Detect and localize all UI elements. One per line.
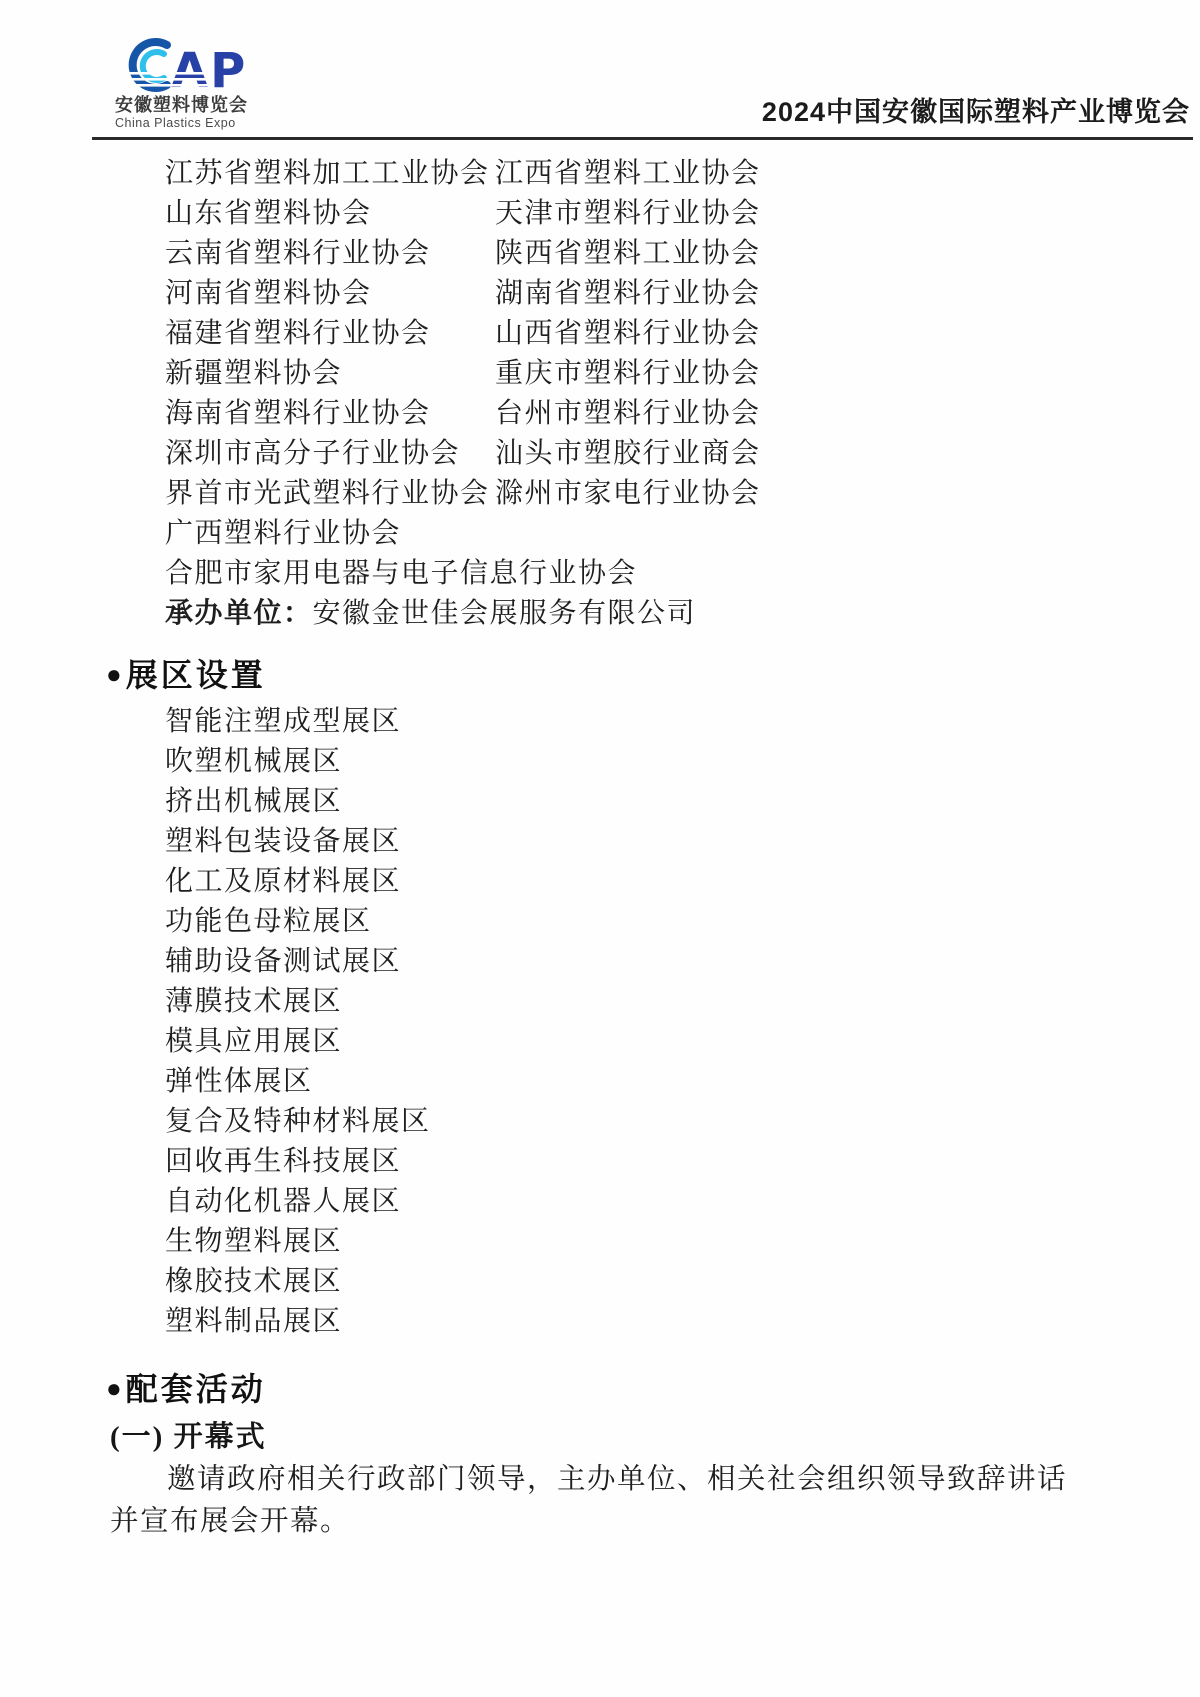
association-name: 江西省塑料工业协会 xyxy=(495,154,761,194)
zone-item: 复合及特种材料展区 xyxy=(165,1102,1140,1142)
page-title: 2024中国安徽国际塑料产业博览会 xyxy=(762,90,1190,131)
association-name: 汕头市塑胶行业商会 xyxy=(495,434,761,474)
association-name: 海南省塑料行业协会 xyxy=(165,394,495,434)
section-heading-label: 配套活动 xyxy=(126,1368,266,1410)
zone-item: 吹塑机械展区 xyxy=(165,742,1140,782)
association-list: 江苏省塑料加工工业协会 江西省塑料工业协会 山东省塑料协会 天津市塑料行业协会 … xyxy=(110,154,1140,634)
subsection-heading-opening-ceremony: (一) 开幕式 xyxy=(110,1416,1140,1458)
association-row: 界首市光武塑料行业协会 滁州市家电行业协会 xyxy=(110,474,1140,514)
section-heading-label: 展区设置 xyxy=(126,654,266,696)
zone-item: 橡胶技术展区 xyxy=(165,1262,1140,1302)
zone-item: 智能注塑成型展区 xyxy=(165,702,1140,742)
association-name: 合肥市家用电器与电子信息行业协会 xyxy=(165,554,495,594)
association-row: 山东省塑料协会 天津市塑料行业协会 xyxy=(110,194,1140,234)
association-name: 河南省塑料协会 xyxy=(165,274,495,314)
association-name: 天津市塑料行业协会 xyxy=(495,194,761,234)
document-content: 江苏省塑料加工工业协会 江西省塑料工业协会 山东省塑料协会 天津市塑料行业协会 … xyxy=(110,154,1140,1542)
zone-item: 塑料包装设备展区 xyxy=(165,822,1140,862)
association-name: 滁州市家电行业协会 xyxy=(495,474,761,514)
zone-item: 薄膜技术展区 xyxy=(165,982,1140,1022)
association-row: 福建省塑料行业协会 山西省塑料行业协会 xyxy=(110,314,1140,354)
association-row: 新疆塑料协会 重庆市塑料行业协会 xyxy=(110,354,1140,394)
zone-item: 生物塑料展区 xyxy=(165,1222,1140,1262)
page-header: AP 安徽塑料博览会 China Plastics Expo 2024中国安徽国… xyxy=(0,0,1200,131)
zone-list: 智能注塑成型展区 吹塑机械展区 挤出机械展区 塑料包装设备展区 化工及原材料展区… xyxy=(110,702,1140,1342)
association-row: 深圳市高分子行业协会 汕头市塑胶行业商会 xyxy=(110,434,1140,474)
zone-item: 辅助设备测试展区 xyxy=(165,942,1140,982)
association-name: 重庆市塑料行业协会 xyxy=(495,354,761,394)
logo-name-cn: 安徽塑料博览会 xyxy=(115,94,300,116)
organizer-value: 安徽金世佳会展服务有限公司 xyxy=(313,598,697,629)
bullet-icon: ● xyxy=(106,1376,122,1402)
zone-item: 塑料制品展区 xyxy=(165,1302,1140,1342)
paragraph-line: 邀请政府相关行政部门领导，主办单位、相关社会组织领导致辞讲话 xyxy=(110,1460,1140,1500)
association-name: 云南省塑料行业协会 xyxy=(165,234,495,274)
zone-item: 弹性体展区 xyxy=(165,1062,1140,1102)
zone-item: 回收再生科技展区 xyxy=(165,1142,1140,1182)
paragraph-line: 并宣布展会开幕。 xyxy=(110,1502,1140,1542)
association-name: 陕西省塑料工业协会 xyxy=(495,234,761,274)
zone-item: 功能色母粒展区 xyxy=(165,902,1140,942)
organizer-label: 承办单位： xyxy=(165,598,313,629)
logo-name-en: China Plastics Expo xyxy=(115,116,300,131)
organizer-line: 承办单位：安徽金世佳会展服务有限公司 xyxy=(110,594,1140,634)
zone-item: 化工及原材料展区 xyxy=(165,862,1140,902)
header-divider xyxy=(92,137,1193,140)
association-name: 山东省塑料协会 xyxy=(165,194,495,234)
section-heading-zones: ● 展区设置 xyxy=(106,654,1140,696)
expo-logo-mark: AP xyxy=(115,36,285,94)
association-name: 界首市光武塑料行业协会 xyxy=(165,474,495,514)
zone-item: 挤出机械展区 xyxy=(165,782,1140,822)
association-row: 云南省塑料行业协会 陕西省塑料工业协会 xyxy=(110,234,1140,274)
section-heading-activities: ● 配套活动 xyxy=(106,1368,1140,1410)
association-name: 广西塑料行业协会 xyxy=(165,514,495,554)
association-name: 福建省塑料行业协会 xyxy=(165,314,495,354)
association-name: 江苏省塑料加工工业协会 xyxy=(165,154,495,194)
association-name: 湖南省塑料行业协会 xyxy=(495,274,761,314)
bullet-icon: ● xyxy=(106,662,122,688)
association-name: 山西省塑料行业协会 xyxy=(495,314,761,354)
zone-item: 模具应用展区 xyxy=(165,1022,1140,1062)
association-row: 广西塑料行业协会 xyxy=(110,514,1140,554)
association-name: 台州市塑料行业协会 xyxy=(495,394,761,434)
association-row: 江苏省塑料加工工业协会 江西省塑料工业协会 xyxy=(110,154,1140,194)
association-row: 合肥市家用电器与电子信息行业协会 xyxy=(110,554,1140,594)
association-row: 海南省塑料行业协会 台州市塑料行业协会 xyxy=(110,394,1140,434)
association-name: 新疆塑料协会 xyxy=(165,354,495,394)
expo-logo: AP 安徽塑料博览会 China Plastics Expo xyxy=(115,36,300,131)
association-name: 深圳市高分子行业协会 xyxy=(165,434,495,474)
association-row: 河南省塑料协会 湖南省塑料行业协会 xyxy=(110,274,1140,314)
zone-item: 自动化机器人展区 xyxy=(165,1182,1140,1222)
document-page: AP 安徽塑料博览会 China Plastics Expo 2024中国安徽国… xyxy=(0,0,1200,1697)
